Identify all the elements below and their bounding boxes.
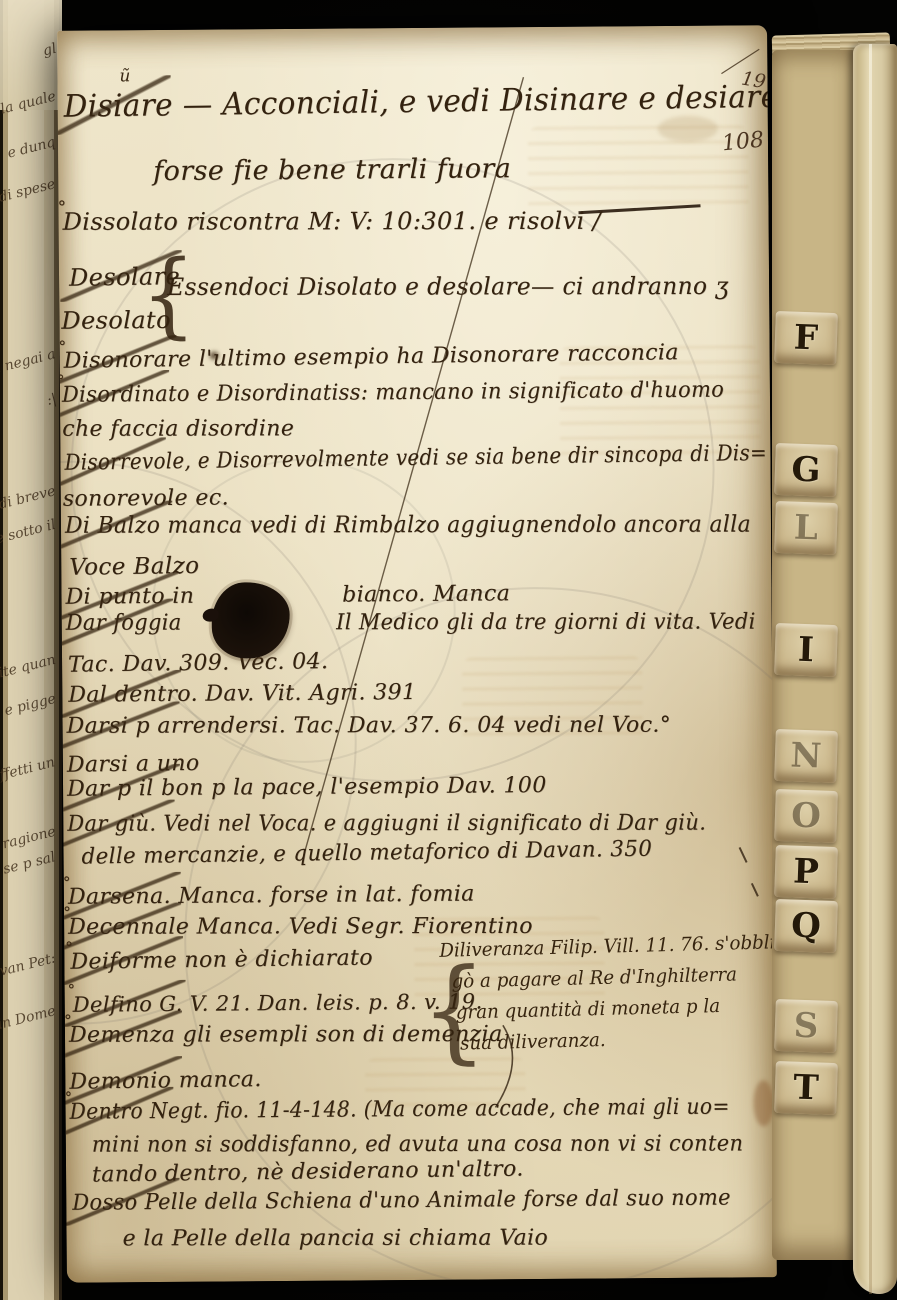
manuscript-line: Dentro Negt. fio. 11-4-148. (Ma come acc… bbox=[69, 1095, 729, 1125]
facing-text-fragment: e pigge bbox=[2, 691, 57, 719]
index-tab: N bbox=[774, 729, 838, 783]
index-tab-letter: T bbox=[793, 1068, 820, 1109]
manuscript-line: Dar foggia Il Medico gli da tre giorni d… bbox=[66, 610, 756, 636]
book-fore-edge: FGLINOPQST bbox=[772, 34, 897, 1300]
index-tab: T bbox=[774, 1061, 838, 1115]
facing-page-edge: glla qualee dunqdi spesemai negai a:|di … bbox=[0, 0, 62, 1300]
facing-text-fragment: di spese bbox=[0, 176, 57, 206]
manuscript-line: Dissolato riscontra M: V: 10:301. e riso… bbox=[63, 207, 602, 236]
page-number-secondary: 108 bbox=[721, 127, 765, 156]
vellum-cover-edge bbox=[853, 44, 897, 1294]
manuscript-line: Dar p il bon p la pace, l'esempio Dav. 1… bbox=[67, 773, 547, 802]
facing-text-fragment: mai negai a bbox=[0, 346, 57, 381]
facing-text-fragment: in Dome bbox=[0, 1003, 57, 1033]
facing-text-fragment: di breve bbox=[0, 483, 57, 513]
facing-text-fragment: haffetti un bbox=[0, 754, 57, 787]
manuscript-page: 19 108 ũ Disiare — Acconciali, e vedi Di… bbox=[57, 25, 777, 1283]
side-note: { Diliveranza Filip. Vill. 11. 76. s'obb… bbox=[57, 25, 767, 31]
index-tab: S bbox=[774, 999, 838, 1053]
index-tab: L bbox=[774, 501, 838, 555]
index-tab-letter: G bbox=[791, 450, 821, 491]
manuscript-entries: Disiare — Acconciali, e vedi Disinare e … bbox=[57, 25, 767, 31]
manuscript-line: forse fie bene trarli fuora bbox=[153, 153, 511, 187]
manuscript-line: mini non si soddisfanno, ed avuta una co… bbox=[92, 1131, 744, 1157]
index-tab-letter: Q bbox=[790, 905, 821, 946]
facing-text-fragment: e sotto il bbox=[0, 517, 57, 547]
index-tab: P bbox=[774, 845, 838, 899]
entry-brace: { bbox=[141, 248, 196, 341]
index-tab: Q bbox=[774, 899, 838, 953]
manuscript-line: Dar giù. Vedi nel Voca. e aggiugni il si… bbox=[67, 811, 706, 837]
side-note-line: sua diliveranza. bbox=[460, 1029, 606, 1055]
manuscript-line: Darsi p arrendersi. Tac. Dav. 37. 6. 04 … bbox=[67, 713, 672, 739]
facing-text-fragment: van Pet: bbox=[0, 950, 57, 979]
facing-text-fragment: :| bbox=[45, 391, 58, 409]
manuscript-line: Essendoci Disolato e desolare— ci andran… bbox=[167, 272, 729, 301]
index-tab: G bbox=[774, 443, 838, 497]
facing-text-fragment: a se p sal bbox=[0, 849, 57, 881]
index-tab-letter: L bbox=[793, 508, 818, 549]
index-tab: O bbox=[774, 789, 838, 843]
index-tab-letter: N bbox=[790, 735, 822, 776]
index-tab: F bbox=[774, 311, 838, 365]
foxing-stain bbox=[753, 1080, 773, 1126]
facing-text-fragment: Dite quan bbox=[0, 652, 57, 684]
index-tab-letter: P bbox=[793, 852, 820, 893]
index-tab-letter: S bbox=[793, 1006, 819, 1047]
index-tab-letter: F bbox=[793, 318, 819, 359]
manuscript-line: Deiforme non è dichiarato bbox=[70, 946, 373, 975]
manuscript-line: Di Balzo manca vedi di Rimbalzo aggiugne… bbox=[65, 512, 751, 539]
facing-text-fragment: e dunq bbox=[6, 134, 57, 161]
digitized-manuscript-photo: glla qualee dunqdi spesemai negai a:|di … bbox=[0, 0, 897, 1300]
manuscript-line: Disordinato e Disordinatiss: mancano in … bbox=[62, 378, 724, 408]
index-tab-letter: I bbox=[797, 630, 814, 671]
index-tab: I bbox=[774, 623, 838, 677]
index-tab-letter: O bbox=[790, 795, 821, 836]
manuscript-line: e la Pelle della pancia si chiama Vaio bbox=[123, 1226, 549, 1252]
facing-text-fragment: ragione bbox=[1, 824, 57, 853]
manuscript-line: Dosso Pelle della Schiena d'uno Animale … bbox=[72, 1186, 731, 1216]
